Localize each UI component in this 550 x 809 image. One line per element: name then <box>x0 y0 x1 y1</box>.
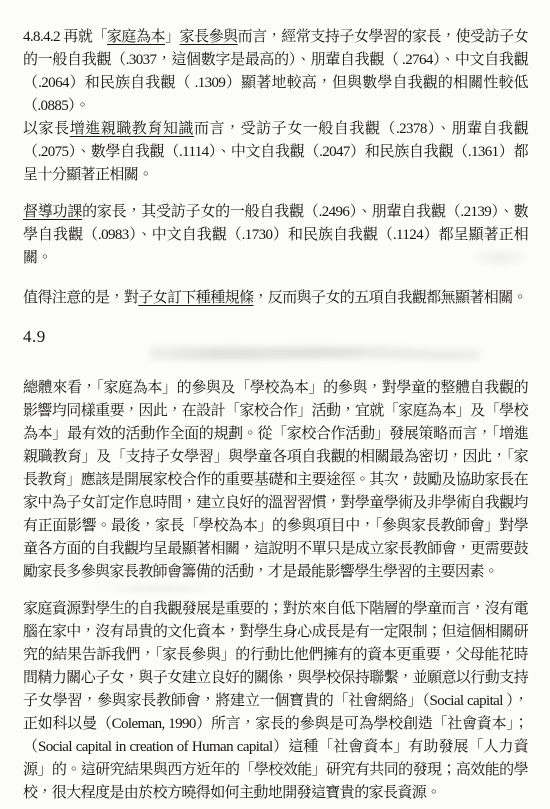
text-run: ，反而與子女的五項自我觀都無顯著相關。 <box>253 290 527 306</box>
text-run: 值得注意的是，對 <box>23 290 138 306</box>
text-run: 的家長，其受訪子女的一般自我觀（.2496）、朋輩自我觀（.2139）、數學自我… <box>23 204 528 266</box>
underlined-term-parent-participation: 家長參與 <box>180 29 238 45</box>
paragraph-setting-rules-note: 值得注意的是，對子女訂下種種規條，反而與子女的五項自我觀都無顯著相關。 <box>23 287 528 310</box>
paragraph-overall-summary: 總體來看，「家庭為本」的參與及「學校為本」的參與，對學童的整體自我觀的影響均同樣… <box>23 377 528 584</box>
underlined-term-parenting-education-knowledge: 增進親職教育知識 <box>70 121 194 137</box>
paragraph-parenting-education-knowledge: 以家長增進親職教育知識而言，受訪子女一般自我觀（.2378）、朋輩自我觀（.20… <box>23 118 528 187</box>
section-heading-4-9: 4.9 <box>23 324 528 350</box>
underlined-term-setting-rules: 子女訂下種種規條 <box>138 290 253 306</box>
underlined-term-homework-supervision: 督導功課 <box>23 204 82 220</box>
text-run: 」 <box>165 29 180 45</box>
scanned-document-page: 4.8.4.2 再就「家庭為本」家長參與而言，經常支持子女學習的家長，使受訪子女… <box>0 0 550 809</box>
underlined-term-family-based: 家庭為本 <box>107 29 165 45</box>
paragraph-homework-supervision: 督導功課的家長，其受訪子女的一般自我觀（.2496）、朋輩自我觀（.2139）、… <box>23 201 528 270</box>
section-number-4842-inline: 4.8.4.2 再就「 <box>23 29 107 45</box>
scan-artifact-smudge <box>95 584 225 593</box>
text-run: 以家長 <box>23 121 70 137</box>
paragraph-family-resources-social-capital: 家庭資源對學生的自我觀發展是重要的；對於來自低下階層的學童而言，沒有電腦在家中，… <box>23 598 528 805</box>
paragraph-4842-family-based-participation: 4.8.4.2 再就「家庭為本」家長參與而言，經常支持子女學習的家長，使受訪子女… <box>23 26 528 118</box>
